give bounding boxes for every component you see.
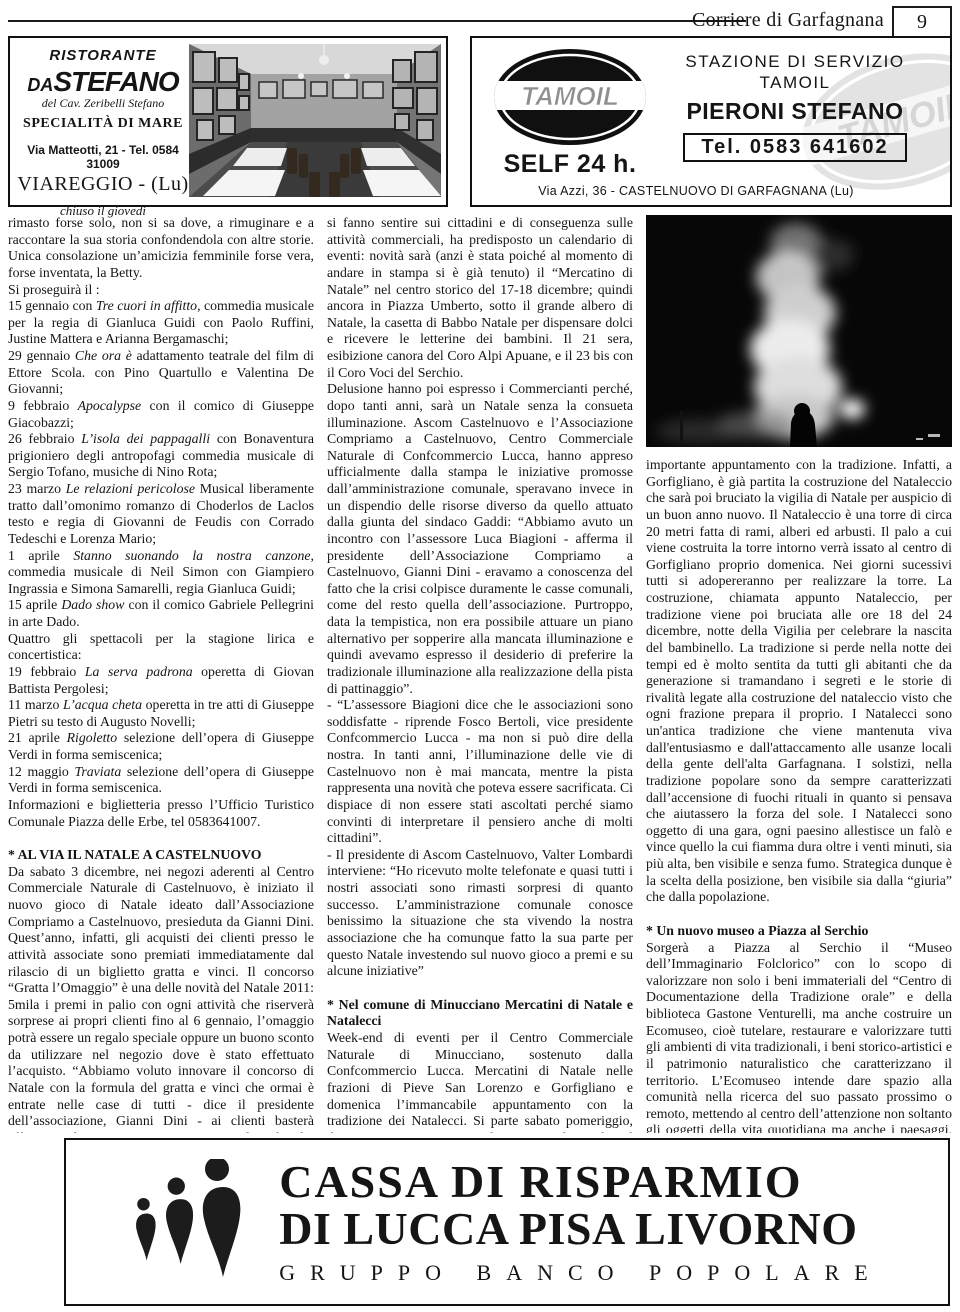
paragraph: 9 febbraio Apocalypse con il comico di G…: [8, 398, 314, 431]
bank-name-line2: DI LUCCA PISA LIVORNO: [279, 1205, 883, 1252]
paragraph: 21 aprile Rigoletto selezione dell’opera…: [8, 730, 314, 763]
paragraph: rimasto forse solo, non si sa dove, a ri…: [8, 215, 314, 282]
bank-ad: CASSA DI RISPARMIO DI LUCCA PISA LIVORNO…: [64, 1138, 950, 1306]
paragraph: - Il presidente di Ascom Castelnuovo, Va…: [327, 847, 633, 980]
paragraph: 29 gennaio Che ora è adattamento teatral…: [8, 348, 314, 398]
tamoil-owner-name: PIERONI STEFANO: [668, 98, 922, 125]
paragraph: - “L’assessore Biagioni dice che le asso…: [327, 697, 633, 847]
tamoil-station-ad: TAMOIL TAMOIL SELF 24 h. STAZIONE DI SER…: [470, 36, 952, 207]
ristorante-ad-text: RISTORANTE DASTEFANO del Cav. Zeribelli …: [14, 42, 192, 201]
section-heading: * Nel comune di Minucciano Mercatini di …: [327, 997, 633, 1030]
paragraph: Quattro gli spettacoli per la stagione l…: [8, 631, 314, 664]
ristorante-city: VIAREGGIO - (Lu): [14, 173, 192, 196]
tamoil-logo-text: TAMOIL: [521, 81, 619, 111]
ristorante-owner: del Cav. Zeribelli Stefano: [14, 96, 192, 111]
tamoil-self-service: SELF 24 h.: [474, 150, 666, 179]
header-rule: [8, 20, 746, 22]
section-heading: * Un nuovo museo a Piazza al Serchio: [646, 923, 952, 940]
tamoil-station-line2: TAMOIL: [668, 72, 922, 93]
page-number-box: 9: [892, 6, 952, 38]
publication-title: Corriere di Garfagnana: [692, 9, 884, 32]
article-column-2: si fanno sentire sui cittadini e di cons…: [327, 215, 633, 1133]
paragraph: Week-end di eventi per il Centro Commerc…: [327, 1030, 633, 1133]
paragraph: 19 febbraio La serva padrona operetta di…: [8, 664, 314, 697]
ristorante-address: Via Matteotti, 21 - Tel. 0584 31009: [14, 143, 192, 171]
paragraph: 26 febbraio L’isola dei pappagalli con B…: [8, 431, 314, 481]
article-column-3-text: importante appuntamento con la tradizion…: [646, 457, 952, 1133]
paragraph: 1 aprile Stanno suonando la nostra canzo…: [8, 548, 314, 598]
paragraph: Sorgerà a Piazza al Serchio il “Museo de…: [646, 940, 952, 1134]
ristorante-name-prefix: DA: [27, 75, 53, 95]
tamoil-logo: TAMOIL: [492, 47, 648, 147]
page-header: Corriere di Garfagnana 9: [8, 6, 952, 36]
bank-name-line1: CASSA DI RISPARMIO: [279, 1158, 883, 1205]
restaurant-interior-photo: [189, 44, 441, 197]
paragraph: Informazioni e biglietteria presso l’Uff…: [8, 797, 314, 830]
paragraph: 23 marzo Le relazioni pericolose Musical…: [8, 481, 314, 548]
ristorante-da-stefano-ad: RISTORANTE DASTEFANO del Cav. Zeribelli …: [8, 36, 448, 207]
bank-ad-text: CASSA DI RISPARMIO DI LUCCA PISA LIVORNO…: [279, 1158, 883, 1286]
paragraph: Da sabato 3 dicembre, nei negozi aderent…: [8, 864, 314, 1133]
tamoil-phone-box: Tel. 0583 641602: [683, 133, 906, 162]
article-column-1: rimasto forse solo, non si sa dove, a ri…: [8, 215, 314, 1133]
ristorante-name: DASTEFANO: [14, 66, 192, 98]
paragraph: Delusione hanno poi espresso i Commercia…: [327, 381, 633, 697]
nataleccio-bonfire-photo: [646, 215, 952, 447]
article-column-3: importante appuntamento con la tradizion…: [646, 215, 952, 1133]
paragraph: 15 gennaio con Tre cuori in affitto, com…: [8, 298, 314, 348]
bank-logo: [131, 1159, 251, 1290]
tamoil-address: Via Azzi, 36 - CASTELNUOVO DI GARFAGNANA…: [472, 184, 920, 198]
paragraph: 15 aprile Dado show con il comico Gabrie…: [8, 597, 314, 630]
tamoil-station-line1: STAZIONE DI SERVIZIO: [668, 51, 922, 72]
newspaper-page: Corriere di Garfagnana 9 RISTORANTE DAST…: [0, 0, 960, 1312]
ristorante-specialty: SPECIALITÀ DI MARE: [14, 116, 192, 132]
paragraph: Si proseguirà il :: [8, 282, 314, 299]
tamoil-ad-text: STAZIONE DI SERVIZIO TAMOIL PIERONI STEF…: [668, 51, 922, 162]
paragraph: si fanno sentire sui cittadini e di cons…: [327, 215, 633, 381]
bank-group-line: GRUPPO BANCO POPOLARE: [279, 1260, 883, 1286]
ristorante-kicker: RISTORANTE: [14, 47, 192, 64]
article-body: rimasto forse solo, non si sa dove, a ri…: [8, 215, 952, 1133]
paragraph: importante appuntamento con la tradizion…: [646, 457, 952, 906]
paragraph: 12 maggio Traviata selezione dell’opera …: [8, 764, 314, 797]
paragraph: 11 marzo L’acqua cheta operetta in tre a…: [8, 697, 314, 730]
top-ad-row: RISTORANTE DASTEFANO del Cav. Zeribelli …: [8, 36, 952, 207]
page-number: 9: [917, 11, 927, 34]
section-heading: * AL VIA IL NATALE A CASTELNUOVO: [8, 847, 314, 864]
ristorante-name-main: STEFANO: [53, 66, 178, 97]
